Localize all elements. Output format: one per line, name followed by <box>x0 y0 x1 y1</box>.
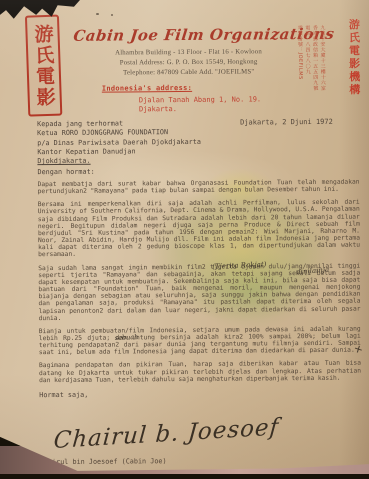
chinese-company-name-vertical: 游氏電影機構 <box>345 19 362 115</box>
recipient-line3: p/a Dinas Pariwisata Daerah Djokdjakarta <box>37 137 201 148</box>
paper-stain <box>60 150 300 210</box>
paragraph-1: Dapat membatja dari surat kabar bahwa Or… <box>38 179 360 196</box>
emblem-watermark <box>205 168 275 208</box>
letter-date: Djakarta, 2 Djuni 1972 <box>240 118 333 127</box>
paper-stain <box>339 0 369 479</box>
chinese-address-col3: 電話：八四七八〇九 <box>303 25 311 109</box>
paragraph-4: Bianja untuk pembuatan/film Indonesia, s… <box>39 325 361 356</box>
paragraph-3: Saja sudah lama sangat ingin membikin fi… <box>38 262 360 322</box>
recipient-line1: Kepada jang terhormat <box>37 119 201 130</box>
recipient-line4: Kantor Kepatian Danudjan <box>37 147 201 158</box>
recipient-line2: Ketua RORO DJONGGRANG FOUNDATION <box>37 128 201 139</box>
letter-body: Dapat membatja dari surat kabar bahwa Or… <box>38 179 362 399</box>
paragraph-2: Bersama ini memperkenalkan diri saja ada… <box>38 199 360 259</box>
torn-corner-mark <box>0 0 86 24</box>
handwritten-signature: Chairul b. Joesoef <box>53 414 280 454</box>
handwritten-note-tjerita-rakjat: (Tjerita Rakjat) <box>212 260 267 270</box>
indonesia-address-line1: Djalan Tanah Abang 1, No. 19. <box>139 95 261 104</box>
paper-speck <box>96 13 99 15</box>
hk-address-line3: Telephone: 847809 Cable Add. "JOEFILMS" <box>74 68 304 77</box>
emblem-watermark <box>150 183 335 321</box>
closing-line: Hormat saja, <box>39 389 361 400</box>
handwritten-note-dinilainja: dinilainja <box>296 266 330 277</box>
chinese-address-columns: 九龍平安大廈十三樓十六室 香港郵政信箱一五五四九號 電話：八四七八〇九 電報掛號… <box>295 25 326 109</box>
company-seal-stamp-icon: 游氏電影 <box>25 15 62 117</box>
indonesia-address-label: Indonesia's address: <box>102 84 192 93</box>
chinese-address-col2: 香港郵政信箱一五五四九號 <box>310 25 318 109</box>
hk-address-line2: Postal Address: G. P. O. Box 15549, Hong… <box>74 58 304 67</box>
paragraph-5: Bagimana pendapatan dan pikiran Tuan, ha… <box>39 360 361 384</box>
company-name: Cabin Joe Film Organizations <box>72 25 304 45</box>
handwritten-note-sebuah: sebuah <box>115 333 139 342</box>
recipient-block: Kepada jang terhormat Ketua RORO DJONGGR… <box>37 119 201 167</box>
paper-speck <box>111 14 113 16</box>
letter-paper: 游氏電影 Cabin Joe Film Organizations Alhamb… <box>0 0 369 479</box>
recipient-line5: Djokdjakarta. <box>37 156 201 167</box>
letter-content: 游氏電影 Cabin Joe Film Organizations Alhamb… <box>0 0 369 479</box>
salutation: Dengan hormat: <box>37 168 94 176</box>
emblem-watermark <box>185 248 315 330</box>
hk-address-line1: Alhambra Building - 13 Floor - Flat 16 -… <box>74 48 304 57</box>
chinese-address-col1: 九龍平安大廈十三樓十六室 <box>318 25 326 109</box>
indonesia-address-line2: Djakarta. <box>139 105 177 113</box>
pen-mark-icon <box>354 345 363 354</box>
chinese-address-col4: 電報掛號：JOEFILMS <box>295 25 303 109</box>
